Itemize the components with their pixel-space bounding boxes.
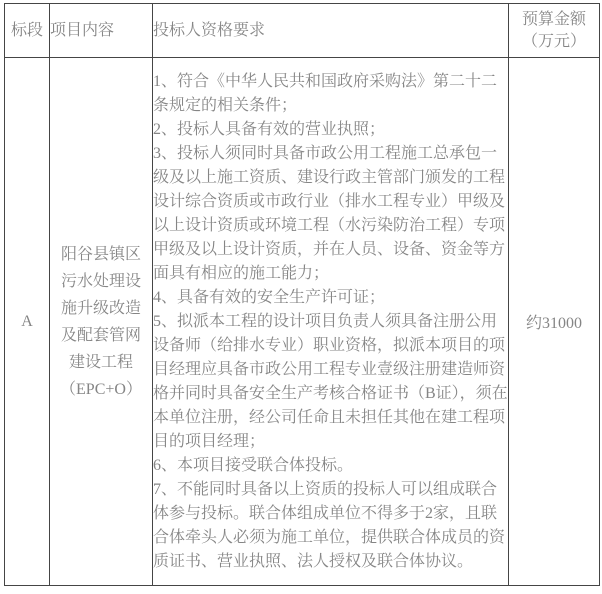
header-cell-budget: 预算金额（万元） [509,4,600,58]
header-cell-project-content: 项目内容 [50,4,153,58]
project-content-line: 施升级改造 [50,295,152,322]
qualification-item: 2、投标人具备有效的营业执照； [153,118,508,142]
qualification-item: 4、具备有效的安全生产许可证； [153,286,508,310]
table-row: A 阳谷县镇区污水处理设施升级改造及配套管网建设工程（EPC+O） 1、符合《中… [5,58,600,586]
header-cell-qualification: 投标人资格要求 [153,4,509,58]
cell-budget-amount: 约31000 [509,58,600,586]
qualification-item: 6、本项目接受联合体投标。 [153,454,508,478]
project-content-line: 及配套管网 [50,322,152,349]
cell-project-content: 阳谷县镇区污水处理设施升级改造及配套管网建设工程（EPC+O） [50,58,153,586]
document-page: 标段 项目内容 投标人资格要求 预算金额（万元） A 阳谷县镇区污水处理设施升级… [0,0,602,586]
cell-section-id: A [5,58,50,586]
header-cell-section: 标段 [5,4,50,58]
table-header-row: 标段 项目内容 投标人资格要求 预算金额（万元） [5,4,600,58]
bid-requirements-table: 标段 项目内容 投标人资格要求 预算金额（万元） A 阳谷县镇区污水处理设施升级… [4,3,600,586]
qualification-item: 1、符合《中华人民共和国政府采购法》第二十二条规定的相关条件； [153,70,508,118]
qualification-item: 3、投标人须同时具备市政公用工程施工总承包一级及以上施工资质、建设行政主管部门颁… [153,142,508,286]
project-content-line: 建设工程 [50,349,152,376]
project-content-line: 污水处理设 [50,268,152,295]
project-content-line: （EPC+O） [50,376,152,403]
qualification-item: 7、不能同时具备以上资质的投标人可以组成联合体参与投标。联合体组成单位不得多于2… [153,478,508,574]
project-content-line: 阳谷县镇区 [50,241,152,268]
qualification-item: 5、拟派本工程的设计项目负责人须具备注册公用设备师（给排水专业）职业资格，拟派本… [153,310,508,454]
cell-qualification-requirements: 1、符合《中华人民共和国政府采购法》第二十二条规定的相关条件；2、投标人具备有效… [153,58,509,586]
